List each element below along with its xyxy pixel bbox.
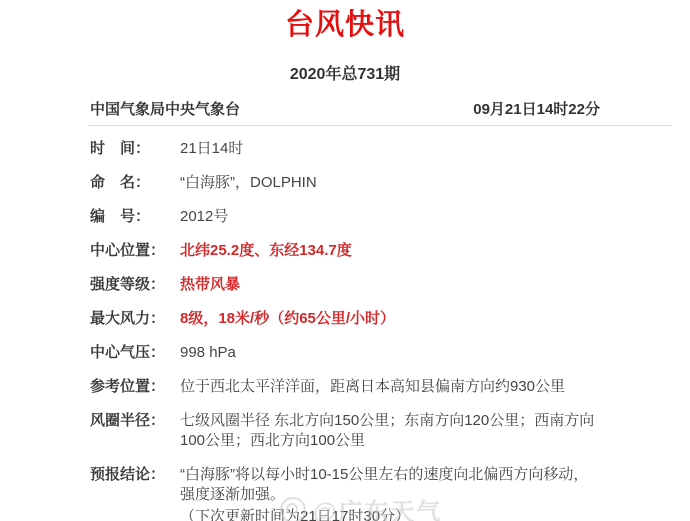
- field-value: “白海豚”将以每小时10-15公里左右的速度向北偏西方向移动，强度逐渐加强。: [180, 465, 600, 505]
- field-label: 参考位置：: [90, 377, 180, 397]
- agency-name: 中国气象局中央气象台: [90, 101, 240, 119]
- row-max-wind: 最大风力： 8级，18米/秒（约65公里/小时）: [90, 309, 600, 329]
- field-value: 位于西北太平洋洋面，距离日本高知县偏南方向约930公里: [180, 377, 600, 397]
- issue-datetime: 09月21日14时22分: [473, 101, 600, 119]
- field-value: 七级风圈半径 东北方向150公里；东南方向120公里；西南方向100公里；西北方…: [180, 411, 600, 451]
- field-label: 命 名：: [90, 173, 180, 193]
- row-forecast-conclusion: 预报结论： “白海豚”将以每小时10-15公里左右的速度向北偏西方向移动，强度逐…: [90, 465, 600, 521]
- field-value: 21日14时: [180, 139, 600, 159]
- field-label: 时 间：: [90, 139, 180, 159]
- field-label: 编 号：: [90, 207, 180, 227]
- bulletin-title: 台风快讯: [90, 0, 600, 42]
- row-name: 命 名： “白海豚”，DOLPHIN: [90, 173, 600, 193]
- row-time: 时 间： 21日14时: [90, 139, 600, 159]
- typhoon-bulletin: 台风快讯 2020年总731期 中国气象局中央气象台 09月21日14时22分 …: [0, 0, 690, 521]
- field-label: 最大风力：: [90, 309, 180, 329]
- row-central-pressure: 中心气压： 998 hPa: [90, 343, 600, 363]
- field-value: 2012号: [180, 207, 600, 227]
- field-value: “白海豚”，DOLPHIN: [180, 173, 600, 193]
- field-label: 中心位置：: [90, 241, 180, 261]
- field-value: 热带风暴: [180, 275, 600, 295]
- field-value: 998 hPa: [180, 343, 600, 363]
- issue-number: 2020年总731期: [90, 65, 600, 85]
- field-label: 预报结论：: [90, 465, 180, 521]
- field-value: 北纬25.2度、东经134.7度: [180, 241, 600, 261]
- header-divider: [88, 125, 672, 126]
- bulletin-header: 中国气象局中央气象台 09月21日14时22分: [90, 101, 600, 119]
- field-value-group: “白海豚”将以每小时10-15公里左右的速度向北偏西方向移动，强度逐渐加强。 （…: [180, 465, 600, 521]
- field-label: 风圈半径：: [90, 411, 180, 451]
- field-label: 强度等级：: [90, 275, 180, 295]
- next-update-note: （下次更新时间为21日17时30分）: [180, 507, 600, 521]
- row-center-position: 中心位置： 北纬25.2度、东经134.7度: [90, 241, 600, 261]
- row-number: 编 号： 2012号: [90, 207, 600, 227]
- bulletin-fields: 时 间： 21日14时 命 名： “白海豚”，DOLPHIN 编 号： 2012…: [90, 139, 600, 521]
- field-value: 8级，18米/秒（约65公里/小时）: [180, 309, 600, 329]
- row-reference-position: 参考位置： 位于西北太平洋洋面，距离日本高知县偏南方向约930公里: [90, 377, 600, 397]
- field-label: 中心气压：: [90, 343, 180, 363]
- row-wind-circle-radius: 风圈半径： 七级风圈半径 东北方向150公里；东南方向120公里；西南方向100…: [90, 411, 600, 451]
- row-intensity-level: 强度等级： 热带风暴: [90, 275, 600, 295]
